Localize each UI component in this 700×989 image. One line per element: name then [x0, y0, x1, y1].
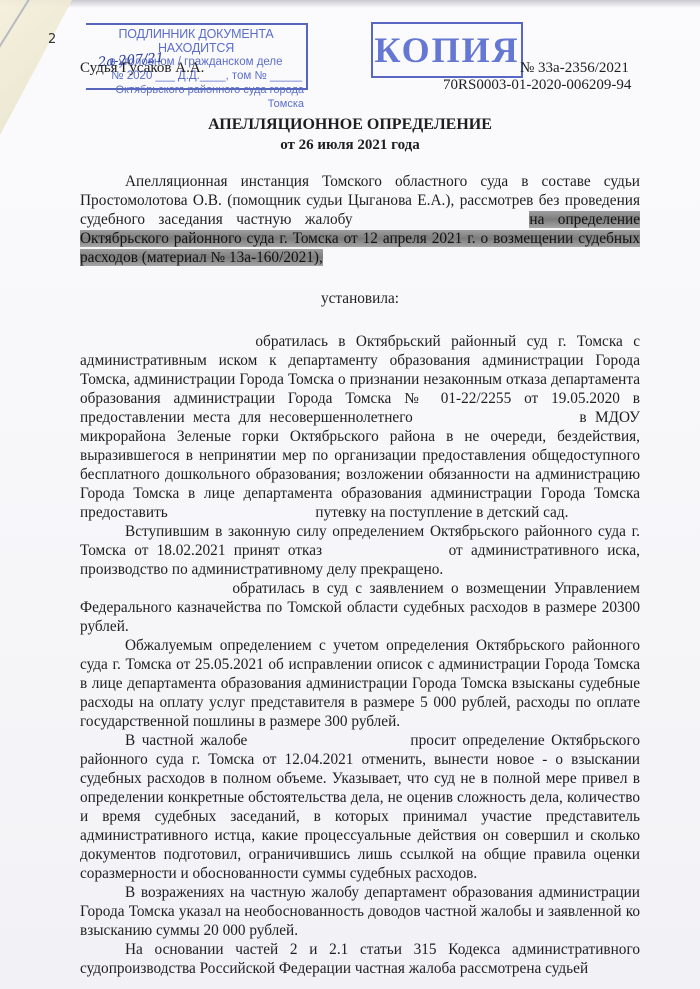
- paragraph-7: На основании частей 2 и 2.1 статьи 315 К…: [80, 940, 640, 978]
- copy-stamp: КОПИЯ: [371, 22, 523, 78]
- paragraph-5-part-1: В частной жалобе: [125, 732, 247, 749]
- document-page: 2 ПОДЛИННИК ДОКУМЕНТА НАХОДИТСЯ в уголов…: [0, 0, 700, 989]
- paragraph-5: В частной жалобе просит определение Октя…: [80, 731, 640, 883]
- established-heading: установила:: [80, 289, 640, 308]
- document-date: от 26 июля 2021 года: [0, 137, 700, 154]
- stamp-line-1: ПОДЛИННИК ДОКУМЕНТА НАХОДИТСЯ: [86, 27, 306, 55]
- case-number: № 33а-2356/2021: [520, 60, 629, 77]
- paragraph-7-part-1: На основании частей 2 и 2.1 статьи 315 К…: [80, 941, 640, 977]
- paragraph-5-part-2: просит определение Октябрьского районног…: [80, 732, 640, 882]
- paragraph-3: обратилась в суд с заявлением о возмещен…: [80, 579, 640, 636]
- paragraph-3-part-1: обратилась в суд с заявлением о возмещен…: [80, 580, 640, 635]
- folded-corner: [0, 0, 72, 135]
- intro-paragraph: Апелляционная инстанция Томского областн…: [80, 172, 640, 267]
- paragraph-6: В возражениях на частную жалобу департам…: [80, 883, 640, 940]
- corner-mark: 2: [48, 32, 56, 47]
- judge-name: Судья Гусаков А.А.: [80, 60, 204, 77]
- paragraph-1-part-3: путевку на поступление в детский сад.: [315, 504, 568, 521]
- paragraph-2: Вступившим в законную силу определением …: [80, 522, 640, 579]
- case-uid: 70RS0003-01-2020-006209-94: [443, 77, 631, 94]
- paragraph-1-part-1: обратилась в Октябрьский районный суд г.…: [80, 333, 640, 426]
- stamp-line-4: Октябрьского районного суда города Томск…: [86, 83, 306, 111]
- paragraph-4: Обжалуемым определением с учетом определ…: [80, 636, 640, 731]
- paragraph-6-part-1: В возражениях на частную жалобу департам…: [80, 884, 640, 939]
- paragraph-4-part-1: Обжалуемым определением с учетом определ…: [80, 637, 640, 730]
- scan-top-shadow: [0, 0, 700, 8]
- paragraph-1: обратилась в Октябрьский районный суд г.…: [80, 332, 640, 522]
- document-title: АПЕЛЛЯЦИОННОЕ ОПРЕДЕЛЕНИЕ: [0, 116, 700, 134]
- document-body: Апелляционная инстанция Томского областн…: [80, 172, 640, 978]
